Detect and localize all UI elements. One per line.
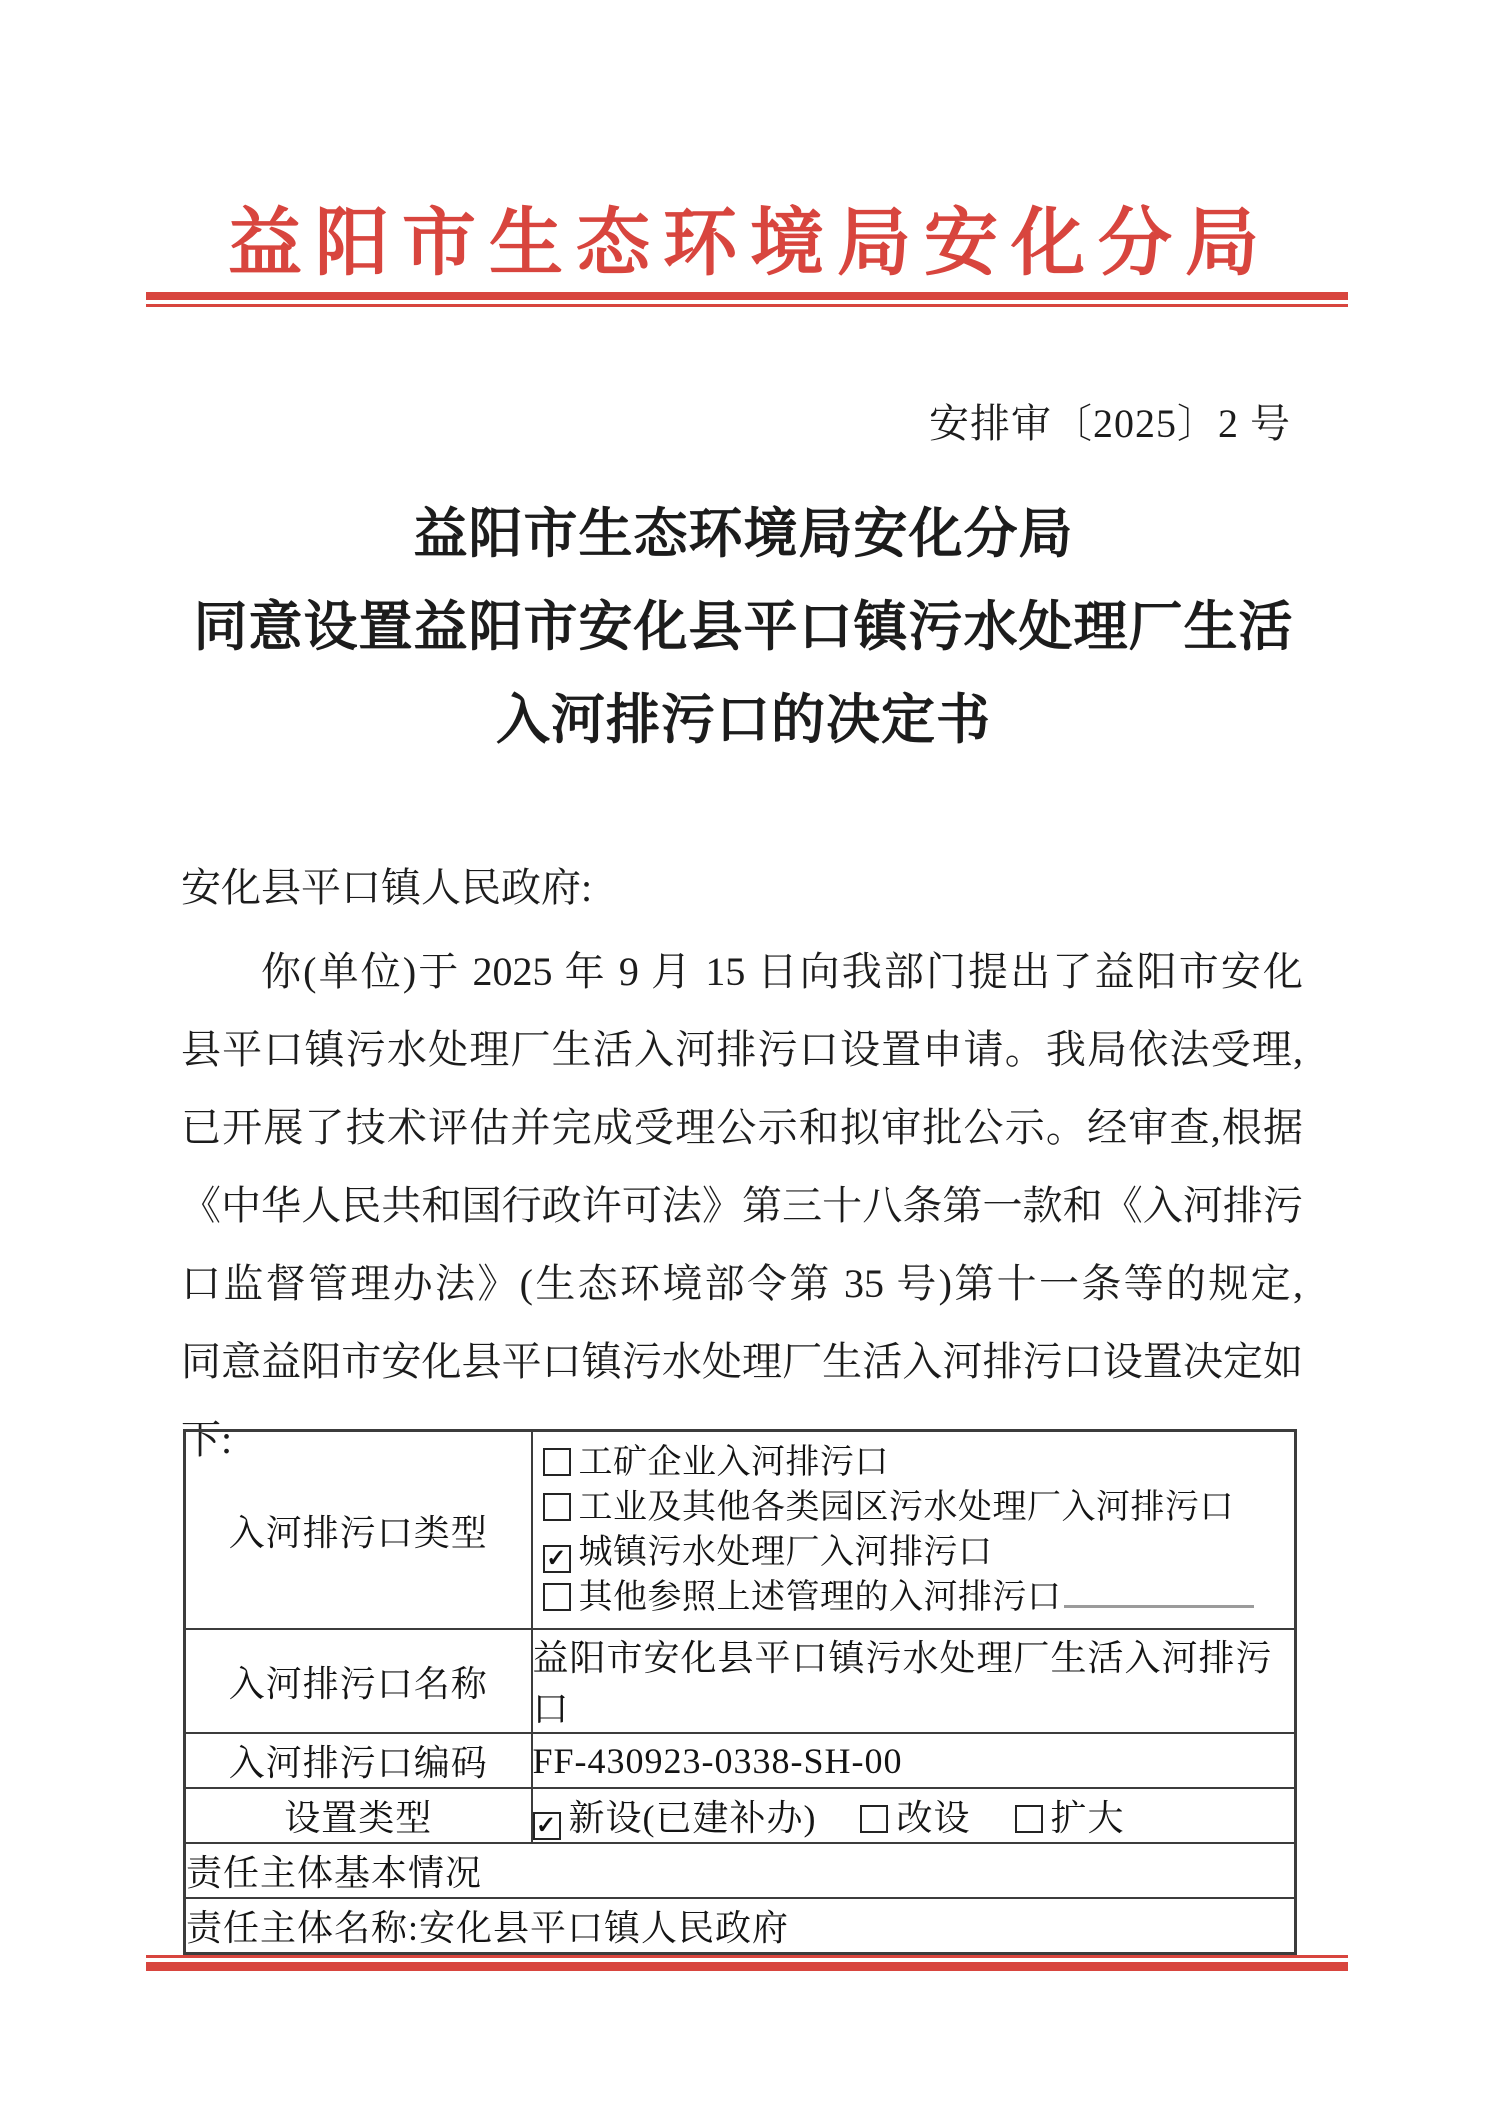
paragraph-line: 已开展了技术评估并完成受理公示和拟审批公示。经审查,根据	[181, 1089, 1303, 1167]
option-expand-setup: 扩大	[1015, 1798, 1125, 1838]
outfall-name-value: 益阳市安化县平口镇污水处理厂生活入河排污口	[532, 1629, 1296, 1733]
checkbox-unchecked-icon	[543, 1448, 571, 1476]
paragraph-line: 同意益阳市安化县平口镇污水处理厂生活入河排污口设置决定如	[181, 1323, 1303, 1401]
paragraph-line: 《中华人民共和国行政许可法》第三十八条第一款和《入河排污	[181, 1167, 1303, 1245]
outfall-code-label: 入河排污口编码	[185, 1733, 532, 1788]
table-row-subject-section: 责任主体基本情况	[185, 1843, 1296, 1898]
option-industrial-park-plant: 工业及其他各类园区污水处理厂入河排污口	[543, 1485, 1285, 1530]
checkbox-unchecked-icon	[543, 1583, 571, 1611]
checkbox-unchecked-icon	[860, 1805, 888, 1833]
option-label: 新设(已建补办)	[569, 1798, 817, 1838]
document-title: 益阳市生态环境局安化分局 同意设置益阳市安化县平口镇污水处理厂生活 入河排污口的…	[0, 488, 1487, 767]
divider-thick-line	[146, 292, 1348, 300]
table-row-subject-name: 责任主体名称:安化县平口镇人民政府	[185, 1898, 1296, 1953]
option-label: 工业及其他各类园区污水处理厂入河排污口	[579, 1489, 1235, 1526]
document-title-line-2: 同意设置益阳市安化县平口镇污水处理厂生活	[0, 581, 1487, 674]
table-row-outfall-type: 入河排污口类型 工矿企业入河排污口 工业及其他各类园区污水处理厂入河排污口 ✓城…	[185, 1431, 1296, 1630]
setup-type-label: 设置类型	[185, 1788, 532, 1843]
option-label: 工矿企业入河排污口	[579, 1444, 890, 1481]
document-page: 益阳市生态环境局安化分局 安排审〔2025〕2 号 益阳市生态环境局安化分局 同…	[0, 0, 1487, 2102]
document-title-line-3: 入河排污口的决定书	[0, 674, 1487, 767]
checkbox-checked-icon: ✓	[533, 1812, 561, 1840]
subject-section-header: 责任主体基本情况	[185, 1843, 1296, 1898]
option-label: 城镇污水处理厂入河排污口	[579, 1534, 993, 1571]
letterhead-divider	[146, 292, 1348, 307]
document-number: 安排审〔2025〕2 号	[929, 392, 1291, 449]
checkbox-checked-icon: ✓	[543, 1545, 571, 1573]
table-row-outfall-code: 入河排污口编码 FF-430923-0338-SH-00	[185, 1733, 1296, 1788]
option-new-setup: ✓新设(已建补办)	[533, 1798, 827, 1838]
option-industrial-mining: 工矿企业入河排污口	[543, 1440, 1285, 1485]
paragraph-line: 口监督管理办法》(生态环境部令第 35 号)第十一条等的规定,	[181, 1245, 1303, 1323]
outfall-name-label: 入河排污口名称	[185, 1629, 532, 1733]
option-label: 其他参照上述管理的入河排污口	[579, 1579, 1062, 1616]
outfall-code-value: FF-430923-0338-SH-00	[532, 1733, 1296, 1788]
subject-name: 责任主体名称:安化县平口镇人民政府	[185, 1898, 1296, 1953]
table-row-outfall-name: 入河排污口名称 益阳市安化县平口镇污水处理厂生活入河排污口	[185, 1629, 1296, 1733]
outfall-type-label: 入河排污口类型	[185, 1431, 532, 1630]
option-label: 改设	[896, 1798, 970, 1838]
checkbox-unchecked-icon	[543, 1493, 571, 1521]
table-row-setup-type: 设置类型 ✓新设(已建补办) 改设 扩大	[185, 1788, 1296, 1843]
checkbox-unchecked-icon	[1015, 1805, 1043, 1833]
agency-letterhead-title: 益阳市生态环境局安化分局	[0, 184, 1487, 290]
option-other-managed: 其他参照上述管理的入河排污口	[543, 1575, 1285, 1620]
document-title-line-1: 益阳市生态环境局安化分局	[0, 488, 1487, 581]
divider-thick-line	[146, 1962, 1348, 1971]
footer-divider	[146, 1955, 1348, 1971]
outfall-approval-table: 入河排污口类型 工矿企业入河排污口 工业及其他各类园区污水处理厂入河排污口 ✓城…	[183, 1429, 1297, 1955]
paragraph-line: 县平口镇污水处理厂生活入河排污口设置申请。我局依法受理,	[181, 1011, 1303, 1089]
blank-underline	[1064, 1578, 1254, 1608]
option-label: 扩大	[1051, 1798, 1125, 1838]
paragraph-line: 你(单位)于 2025 年 9 月 15 日向我部门提出了益阳市安化	[181, 933, 1303, 1011]
divider-thin-line	[146, 304, 1348, 307]
salutation: 安化县平口镇人民政府:	[181, 849, 1303, 927]
option-modify-setup: 改设	[860, 1798, 980, 1838]
outfall-type-options: 工矿企业入河排污口 工业及其他各类园区污水处理厂入河排污口 ✓城镇污水处理厂入河…	[533, 1432, 1295, 1628]
option-urban-sewage-plant: ✓城镇污水处理厂入河排污口	[543, 1530, 1285, 1575]
body-text: 安化县平口镇人民政府: 你(单位)于 2025 年 9 月 15 日向我部门提出…	[181, 849, 1303, 1479]
